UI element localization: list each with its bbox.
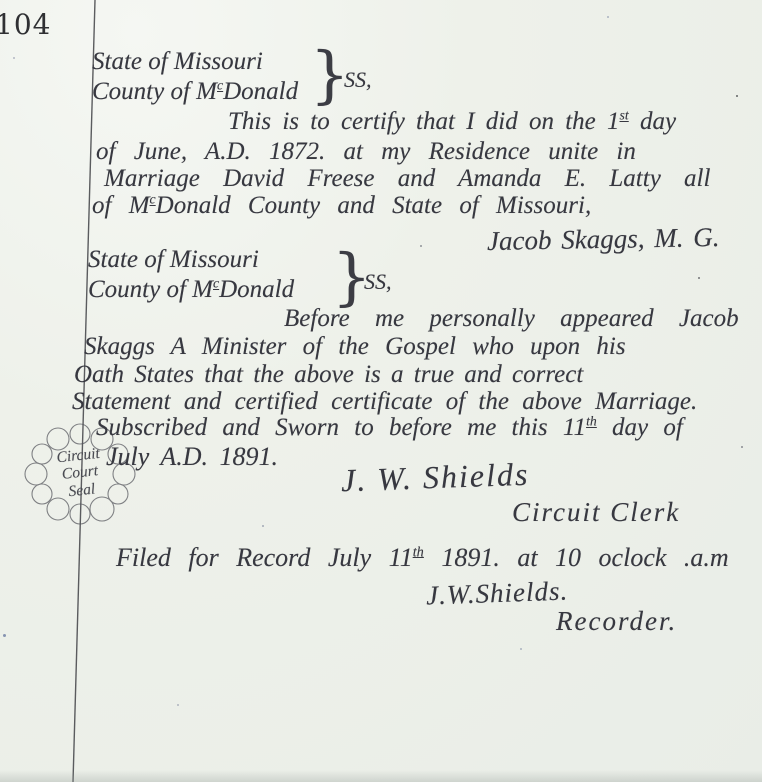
superscript-th: th	[586, 414, 597, 429]
jurat2-state-line: State of Missouri	[88, 246, 259, 274]
paper-speck	[736, 95, 738, 97]
text-segment: 1891. at 10 oclock .a.m	[424, 543, 729, 572]
superscript-st: st	[620, 108, 629, 123]
text-segment: County of M	[92, 78, 217, 105]
circuit-clerk-signature: J. W. Shields	[340, 457, 529, 499]
paper-speck	[13, 57, 15, 59]
paper-speck	[520, 648, 522, 650]
paper-speck	[698, 277, 700, 279]
text-segment: This is to certify that I did on the 1	[228, 108, 620, 135]
jurat1-ss-abbreviation: SS,	[344, 68, 372, 93]
affidavit-line-1: Before me personally appeared Jacob	[284, 305, 739, 333]
jurat1-state-line: State of Missouri	[92, 48, 263, 76]
text-segment: Filed for Record July 11	[116, 543, 413, 572]
page-number: 104	[0, 8, 51, 41]
minister-signature: Jacob Skaggs, M. G.	[487, 222, 720, 256]
text-segment: Donald	[219, 276, 294, 303]
paper-speck	[607, 16, 609, 18]
jurat2-county-line: County of McDonald	[88, 276, 294, 304]
recorder-signature: J.W.Shields.	[426, 576, 569, 611]
affidavit-line-2: Skaggs A Minister of the Gospel who upon…	[84, 333, 626, 361]
paper-speck	[177, 704, 179, 706]
affidavit-line-5: Subscribed and Sworn to before me this 1…	[96, 414, 683, 442]
jurat1-county-line: County of McDonald	[92, 78, 298, 106]
circuit-clerk-title: Circuit Clerk	[512, 497, 680, 527]
text-segment: day of	[597, 414, 683, 441]
text-segment: County of M	[88, 276, 213, 303]
filing-line: Filed for Record July 11th 1891. at 10 o…	[116, 543, 729, 572]
certificate-line-4: of McDonald County and State of Missouri…	[92, 192, 591, 220]
superscript-th: th	[413, 544, 424, 560]
text-segment: day	[629, 108, 676, 135]
text-segment: Subscribed and Sworn to before me this 1…	[96, 414, 586, 441]
certificate-line-2: of June, A.D. 1872. at my Residence unit…	[96, 138, 636, 166]
affidavit-line-6: July A.D. 1891.	[106, 442, 278, 471]
text-segment: of M	[92, 192, 150, 219]
affidavit-line-3: Oath States that the above is a true and…	[74, 361, 583, 389]
jurat2-ss-abbreviation: SS,	[364, 270, 392, 295]
seal-text: Circuit Court Seal	[32, 442, 129, 503]
scanned-marriage-record-page: 104 State of Missouri County of McDonald…	[0, 0, 762, 782]
certificate-line-3: Marriage David Freese and Amanda E. Latt…	[104, 165, 710, 193]
paper-speck	[3, 634, 6, 637]
recorder-title: Recorder.	[556, 606, 677, 636]
paper-speck	[262, 525, 264, 527]
text-segment: Donald County and State of Missouri,	[156, 192, 592, 219]
certificate-line-1: This is to certify that I did on the 1st…	[228, 108, 676, 136]
paper-speck	[420, 245, 422, 247]
text-segment: Donald	[223, 78, 298, 105]
paper-speck	[741, 446, 743, 448]
affidavit-line-4: Statement and certified certificate of t…	[72, 388, 697, 416]
